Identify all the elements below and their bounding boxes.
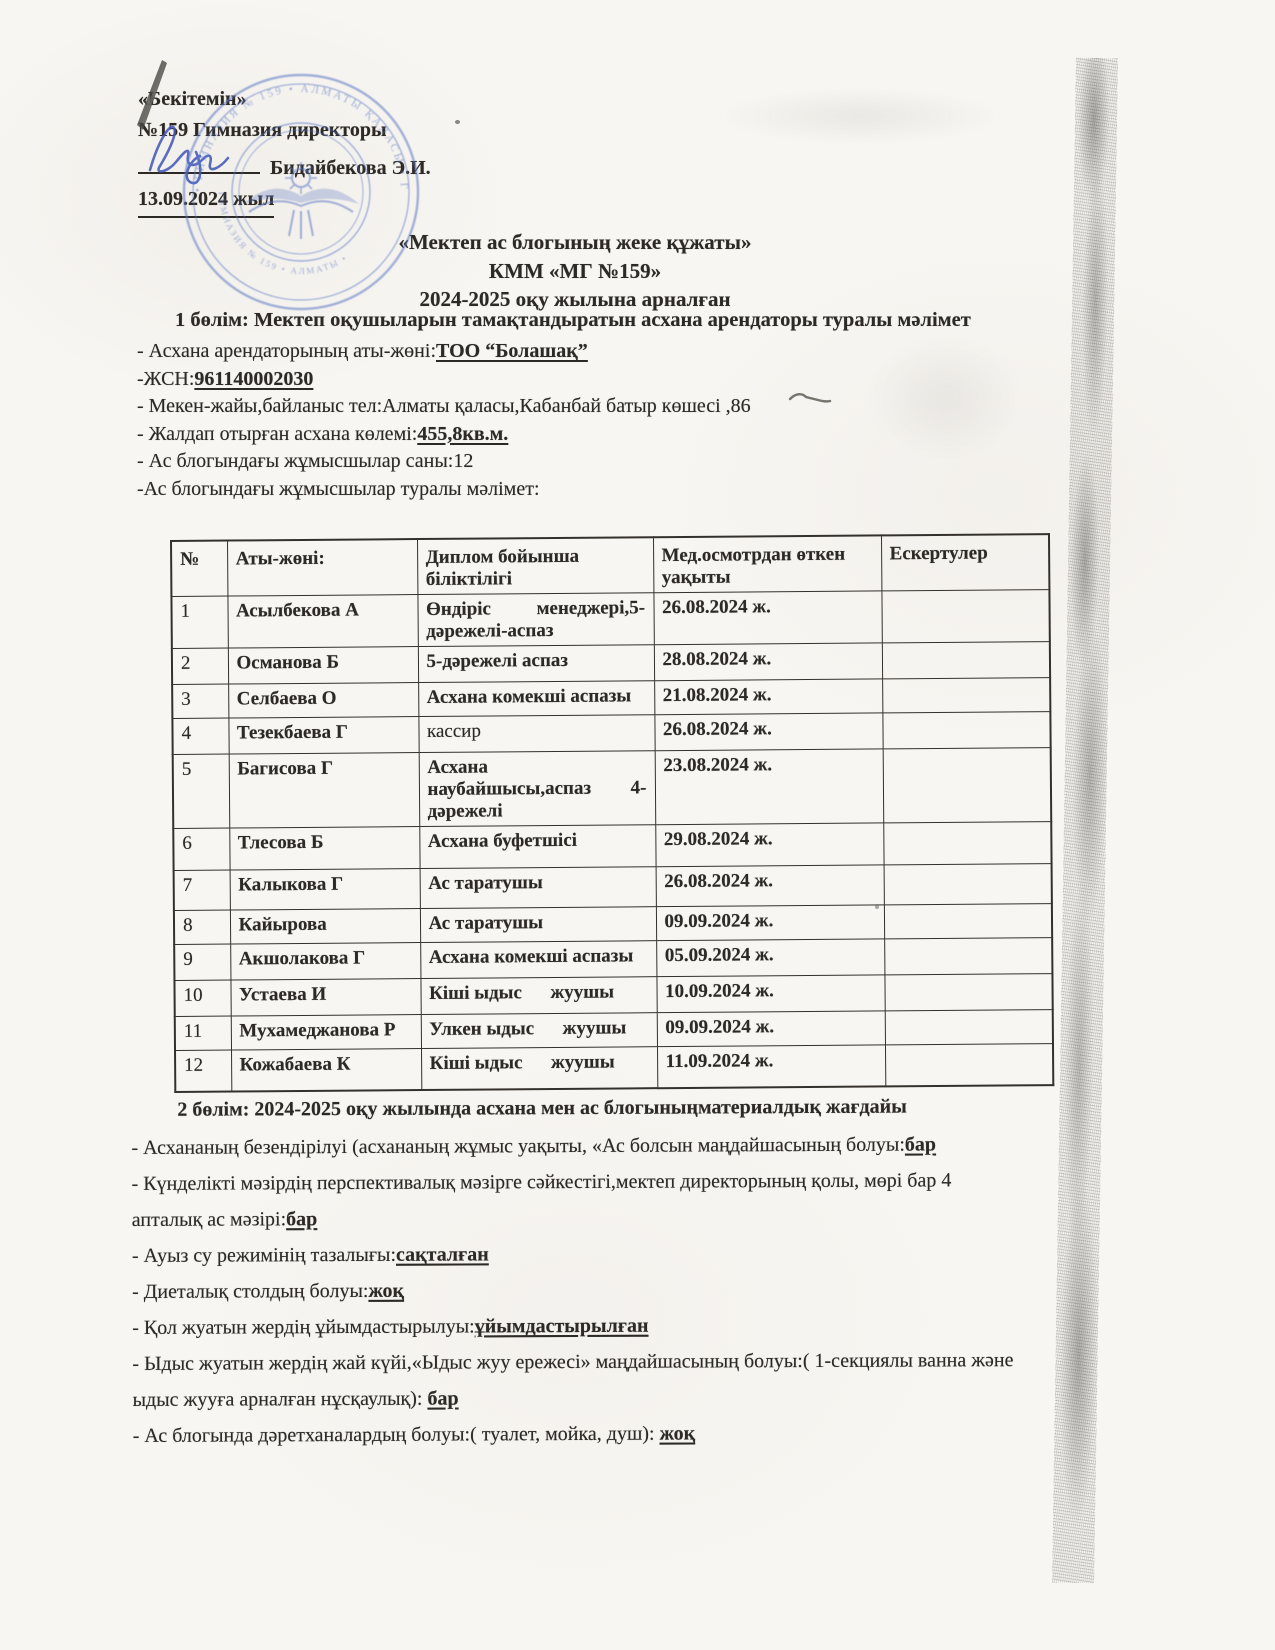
checklist-value: бар [427, 1388, 458, 1410]
cell-notes [885, 1009, 1053, 1044]
scanned-document-page: • ГИМНАЗИЯ № 159 • АЛМАТЫ ҚАЛАСЫ • ГИМНА… [0, 0, 1275, 1650]
eagle-emblem-icon [243, 162, 359, 239]
cell-med-date: 21.08.2024 ж. [654, 679, 882, 715]
cell-num: 9 [174, 944, 230, 980]
table-row: 12 Кожабаева К Кіші ыдыс жуушы 11.09.202… [175, 1043, 1053, 1092]
cell-qualification: Ас таратушы [420, 907, 656, 943]
checklist-label: - Қол жуатын жердің ұйымдастырылуы: [132, 1315, 475, 1338]
info-line: -ЖСН:961140002030 [137, 366, 1037, 394]
checklist-label: - Асхананың безендірілуі (асхананың жұмы… [131, 1134, 905, 1159]
checklist-line: - Ауыз су режимінің тазалығы:сақталған [132, 1234, 1026, 1274]
svg-text:ГИМНАЗИЯ № 159 • АЛМАТЫ •: ГИМНАЗИЯ № 159 • АЛМАТЫ • [217, 192, 349, 277]
info-line: - Асхана арендаторының аты-жөні:ТОО “Бол… [137, 338, 1037, 366]
pen-stroke-artifact [126, 60, 172, 136]
cell-qualification: 5-дәрежелі аспаз [418, 644, 654, 682]
cell-name: Багисова Г [229, 752, 420, 828]
checklist-line: - Ас блогында дәретханалардың болуы:( ту… [133, 1414, 1027, 1454]
pen-squiggle-artifact [788, 390, 832, 406]
table-row: 1 Асылбекова А Өндіріс менеджері,5-дәреж… [171, 589, 1049, 648]
info-value: 455,8кв.м. [417, 423, 508, 445]
info-label: -ЖСН: [137, 368, 194, 390]
cell-num: 10 [174, 980, 230, 1016]
cell-med-date: 23.08.2024 ж. [655, 749, 884, 825]
info-line: - Жалдап отырған асхана көлемі:455,8кв.м… [137, 421, 1037, 449]
tenant-info-list: - Асхана арендаторының аты-жөні:ТОО “Бол… [137, 338, 1037, 503]
checklist-line: - Күнделікті мәзірдің перспективалық мәз… [132, 1162, 1026, 1238]
cell-med-date: 05.09.2024 ж. [656, 939, 884, 977]
cell-notes [884, 863, 1052, 904]
cell-qualification: Асхана комекші аспазы [420, 941, 656, 979]
cell-qualification: Кіші ыдыс жуушы [420, 977, 656, 1015]
cell-notes [885, 1043, 1053, 1086]
checklist-line: - Ыдыс жуатын жердің жай күйі,«Ыдыс жуу … [132, 1342, 1026, 1418]
table-row: 5 Багисова Г Асхана наубайшысы,аспаз 4-д… [173, 747, 1052, 828]
info-label: - Жалдап отырған асхана көлемі: [137, 423, 417, 445]
info-label: - Ас блогындағы жұмысшылар саны:12 [137, 450, 473, 472]
cell-notes [884, 973, 1052, 1010]
checklist-label: - Ыдыс жуатын жердің жай күйі,«Ыдыс жуу … [132, 1349, 1013, 1411]
info-label: -Ас блогындағы жұмысшылар туралы мәлімет… [137, 478, 540, 500]
checklist-line: - Асхананың безендірілуі (асхананың жұмы… [131, 1126, 1025, 1166]
info-line: - Мекен-жайы,байланыс тел:Алматы қаласы,… [137, 393, 1037, 421]
checklist-label: - Ауыз су режимінің тазалығы: [132, 1244, 396, 1267]
cell-notes [882, 641, 1050, 678]
cell-name: Калыкова Г [230, 868, 420, 909]
checklist-line: - Қол жуатын жердің ұйымдастырылуы:ұйымд… [132, 1306, 1026, 1346]
cell-qualification: Өндіріс менеджері,5-дәрежелі-аспаз [417, 593, 653, 647]
scan-noise-band [1052, 58, 1118, 1583]
checklist-value: сақталған [396, 1243, 489, 1265]
cell-med-date: 09.09.2024 ж. [657, 1011, 885, 1047]
table-row: 6 Тлесова Б Асхана буфетшісі 29.08.2024 … [173, 821, 1051, 870]
cell-qualification: Кіші ыдыс жуушы [421, 1047, 657, 1091]
cell-med-date: 09.09.2024 ж. [656, 905, 884, 941]
info-label: - Асхана арендаторының аты-жөні: [137, 340, 436, 362]
cell-num: 7 [174, 870, 230, 910]
checklist-value: ұйымдастырылған [475, 1315, 649, 1338]
column-header-notes: Ескертулер [881, 534, 1049, 591]
table-header-row: № Аты-жөні: Диплом бойынша біліктілігі М… [171, 534, 1049, 596]
ink-speck [455, 120, 460, 124]
cell-qualification: Ас таратушы [420, 867, 656, 909]
cell-num: 11 [175, 1016, 231, 1050]
cell-med-date: 26.08.2024 ж. [656, 865, 884, 907]
cell-qualification: Асхана наубайшысы,аспаз 4-дәрежелі [419, 750, 656, 826]
cell-qualification: Асхана комекші аспазы [418, 680, 654, 716]
cell-name: Устаева И [230, 978, 420, 1015]
ink-speck [875, 905, 879, 909]
cell-num: 8 [174, 910, 230, 944]
section2-block: 2 бөлім: 2024-2025 оқу жылында асхана ме… [131, 1088, 1027, 1454]
info-line: - Ас блогындағы жұмысшылар саны:12 [137, 448, 1037, 476]
cell-name: Тлесова Б [229, 826, 419, 869]
cell-med-date: 11.09.2024 ж. [657, 1045, 885, 1089]
checklist-value: жоқ [368, 1280, 404, 1302]
cell-name: Асылбекова А [227, 594, 417, 647]
cell-notes [882, 711, 1050, 748]
cell-notes [883, 747, 1052, 823]
cell-name: Тезекбаева Г [228, 716, 418, 753]
cell-num: 2 [172, 648, 228, 684]
column-header-num: № [171, 541, 227, 597]
cell-med-date: 28.08.2024 ж. [654, 643, 882, 681]
cell-num: 6 [173, 828, 229, 870]
section2-heading: 2 бөлім: 2024-2025 оқу жылында асхана ме… [177, 1088, 1025, 1128]
checklist-value: бар [286, 1208, 317, 1230]
stamp-inner-arc-text: ГИМНАЗИЯ № 159 • АЛМАТЫ • [217, 192, 349, 277]
cell-num: 3 [172, 684, 228, 718]
ink-smudge [700, 84, 1020, 148]
cell-med-date: 26.08.2024 ж. [654, 713, 882, 751]
cell-notes [884, 903, 1052, 938]
cell-qualification: кассир [418, 714, 654, 752]
official-round-seal-stamp: • ГИМНАЗИЯ № 159 • АЛМАТЫ ҚАЛАСЫ • ГИМНА… [175, 66, 427, 318]
cell-name: Османова Б [228, 646, 418, 683]
column-header-qualification: Диплом бойынша біліктілігі [417, 537, 653, 594]
checklist-line: - Диеталық столдың болуы:жоқ [132, 1270, 1026, 1310]
cell-name: Кожабаева К [231, 1048, 421, 1091]
table-row: 7 Калыкова Г Ас таратушы 26.08.2024 ж. [174, 863, 1052, 910]
cell-num: 5 [173, 754, 230, 829]
checklist-label: - Диеталық столдың болуы: [132, 1280, 368, 1303]
cell-qualification: Асхана буфетшісі [419, 825, 655, 869]
cell-num: 1 [171, 596, 227, 648]
checklist-value: бар [905, 1133, 936, 1155]
cell-med-date: 29.08.2024 ж. [655, 823, 883, 867]
cell-name: Кайырова [230, 908, 420, 943]
info-label: - Мекен-жайы,байланыс тел:Алматы қаласы,… [137, 395, 751, 417]
column-header-med-exam: Мед.осмотрдан өткен уақыты [653, 535, 881, 592]
cell-notes [881, 589, 1049, 642]
checklist-label: - Күнделікті мәзірдің перспективалық мәз… [132, 1169, 952, 1231]
cell-notes [883, 821, 1051, 864]
info-value: 961140002030 [194, 368, 313, 390]
cell-notes [882, 677, 1050, 712]
cell-num: 12 [175, 1050, 231, 1092]
info-line: -Ас блогындағы жұмысшылар туралы мәлімет… [137, 476, 1037, 504]
cell-qualification: Улкен ыдыс жуушы [421, 1013, 657, 1049]
cell-name: Селбаева О [228, 682, 418, 717]
cell-num: 4 [172, 718, 228, 754]
staff-table: № Аты-жөні: Диплом бойынша біліктілігі М… [170, 533, 1054, 1093]
cell-name: Мухамеджанова Р [231, 1014, 421, 1049]
cell-name: Акшолакова Г [230, 942, 420, 979]
cell-notes [884, 937, 1052, 974]
cell-med-date: 26.08.2024 ж. [653, 591, 881, 645]
column-header-name: Аты-жөні: [227, 539, 417, 596]
checklist-label: - Ас блогында дәретханалардың болуы:( ту… [133, 1423, 660, 1447]
cell-med-date: 10.09.2024 ж. [656, 975, 884, 1013]
checklist-value: жоқ [660, 1422, 696, 1444]
info-value: ТОО “Болашақ” [436, 340, 588, 362]
